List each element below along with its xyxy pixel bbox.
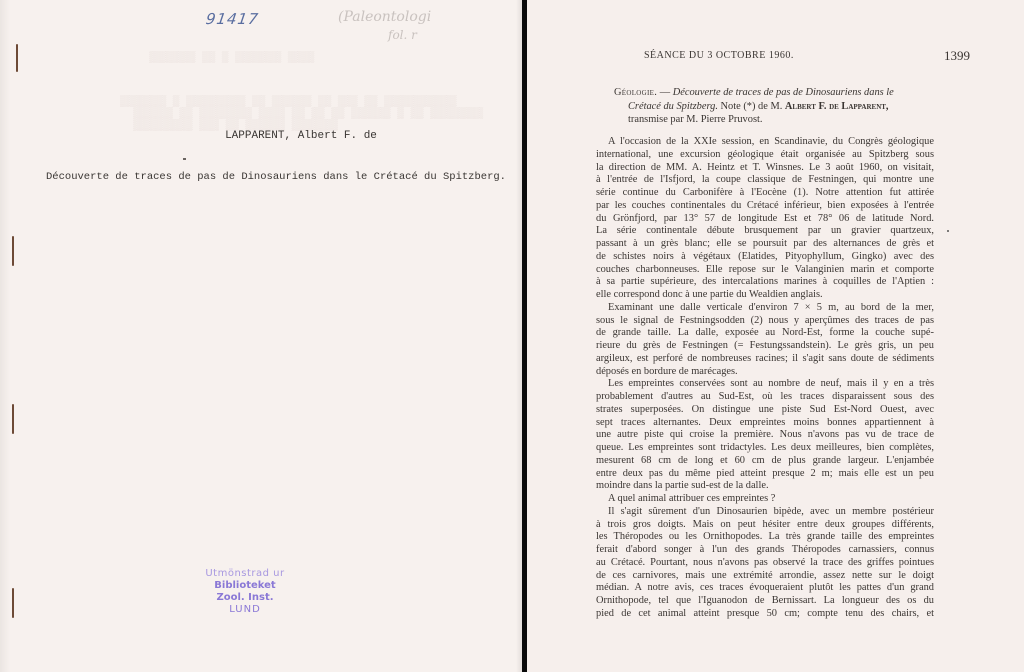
body-line: Examinant une dalle verticale d'environ … [596, 302, 934, 315]
body-line: couches charbonneuses. Elle repose sur l… [596, 264, 934, 277]
article-body: A l'occasion de la XXIe session, en Scan… [596, 136, 934, 621]
body-line: mesurent 68 cm de long et 60 cm de plus … [596, 455, 934, 468]
body-line: à l'entrée de l'Isfjord, la coupe classi… [596, 174, 934, 187]
body-line: médian. A notre avis, ces traces évoquer… [596, 582, 934, 595]
body-line: sous le signal de Festningsodden (2) nou… [596, 315, 934, 328]
body-line: passant à un grès blanc; elle se poursui… [596, 238, 934, 251]
body-line: de schistes noirs à végétaux (Elatides, … [596, 251, 934, 264]
body-line: La série continentale débute brusquement… [596, 225, 934, 238]
body-line: moindre dans la partie sud-est de la dal… [596, 480, 934, 493]
note-title-part1: Découverte de traces de pas de Dinosauri… [673, 87, 894, 98]
note-transmitted: transmise par M. Pierre Pruvost. [614, 113, 944, 127]
body-line: Les empreintes conservées sont au nombre… [596, 378, 934, 391]
body-line: la direction de MM. A. Heintz et T. Wins… [596, 162, 934, 175]
body-line: A quel animal attribuer ces empreintes ? [596, 493, 934, 506]
body-line: série continue du Carbonifère à l'Eocène… [596, 187, 934, 200]
library-stamp: Utmönstrad ur Biblioteket Zool. Inst. LU… [190, 568, 300, 616]
body-line: queue. Les empreintes sont tridactyles. … [596, 442, 934, 455]
typed-title: Découverte de traces de pas de Dinosauri… [0, 171, 522, 183]
margin-mark [947, 230, 949, 232]
body-line: argileux, est perforé de nombreuses raci… [596, 353, 934, 366]
body-line: entre deux pas du même pied atteint pres… [596, 468, 934, 481]
body-line: de grande taille. La dalle, exposée au N… [596, 327, 934, 340]
pencil-annotation-line1: (Paleontologi [338, 8, 431, 26]
page-number: 1399 [944, 48, 970, 64]
body-line: Il s'agit sûrement d'un Dinosaurien bipè… [596, 506, 934, 519]
page-shading [0, 0, 10, 672]
body-line: une autre piste qui croise la première. … [596, 429, 934, 442]
show-through-text: ▒▒▒▒▒▒▒ ▒ ▒▒▒▒▒▒▒▒▒ ▒▒ ▒▒▒▒▒▒ ▒▒ ▒▒▒ ▒▒ … [120, 96, 483, 132]
body-line: à sa partie supérieure, des intercalatio… [596, 276, 934, 289]
body-line: sept traces alternantes. Deux empreintes… [596, 417, 934, 430]
body-line: de ces carnivores, mais une extrémité ar… [596, 570, 934, 583]
stamp-line-1: Utmönstrad ur [190, 568, 300, 580]
staple-1 [16, 44, 18, 72]
stamp-line-3: Zool. Inst. [190, 592, 300, 604]
body-line: rieure du grès de Festningen (= Festungs… [596, 340, 934, 353]
note-label: Note (*) de M. [718, 101, 785, 112]
running-head: SÉANCE DU 3 OCTOBRE 1960. [644, 50, 794, 61]
body-line: ferait d'abord songer à l'un des grands … [596, 544, 934, 557]
left-page-index-card: 91417 (Paleontologi fol. r ▒▒▒▒▒▒▒ ▒▒ ▒ … [0, 0, 522, 672]
pencil-annotation: (Paleontologi fol. r [338, 8, 431, 44]
staple-3 [12, 404, 14, 434]
staple-4 [12, 588, 14, 618]
staple-2 [12, 236, 14, 266]
body-line: par les couches continentales du Crétacé… [596, 200, 934, 213]
body-line: les Théropodes ou les Ornithopodes. La t… [596, 531, 934, 544]
body-line: au Crétacé. Pourtant, nous n'avons pas o… [596, 557, 934, 570]
body-line: déposés en bordure de marécages. [596, 366, 934, 379]
rubric-dash: — [657, 87, 673, 98]
typed-dot [183, 158, 186, 160]
body-line: pied de cet animal atteint presque 50 cm… [596, 608, 934, 621]
note-heading: Géologie. — Découverte de traces de pas … [614, 86, 944, 127]
body-line: strates superposées. On distingue une pi… [596, 404, 934, 417]
rubric: Géologie. [614, 87, 657, 98]
pencil-annotation-line2: fol. r [338, 26, 431, 44]
author-line: LAPPARENT, Albert F. de [0, 130, 522, 142]
body-line: probablement d'autres au Sud-Est, où les… [596, 391, 934, 404]
body-line: elle correspond donc à une partie du Wea… [596, 289, 934, 302]
body-line: du Grönfjord, par 13° 57 de longitude Es… [596, 213, 934, 226]
show-through-text: ▒▒▒▒▒▒▒ ▒▒ ▒ ▒▒▒▒▒▒▒ ▒▒▒▒ [70, 52, 314, 64]
note-author: Albert F. de Lapparent, [785, 101, 889, 112]
body-line: A l'occasion de la XXIe session, en Scan… [596, 136, 934, 149]
body-line: international, une excursion géologique … [596, 149, 934, 162]
body-line: Ornithopode, tel que l'Iguanodon de Bern… [596, 595, 934, 608]
body-line: à trois gros doigts. Mais on peut hésite… [596, 519, 934, 532]
stamp-line-2: Biblioteket [190, 580, 300, 592]
note-heading-line2: Crétacé du Spitzberg. Note (*) de M. Alb… [614, 100, 944, 114]
accession-number: 91417 [205, 10, 260, 28]
stamp-line-4: LUND [190, 604, 300, 616]
note-title-part2: Crétacé du Spitzberg. [628, 101, 718, 112]
